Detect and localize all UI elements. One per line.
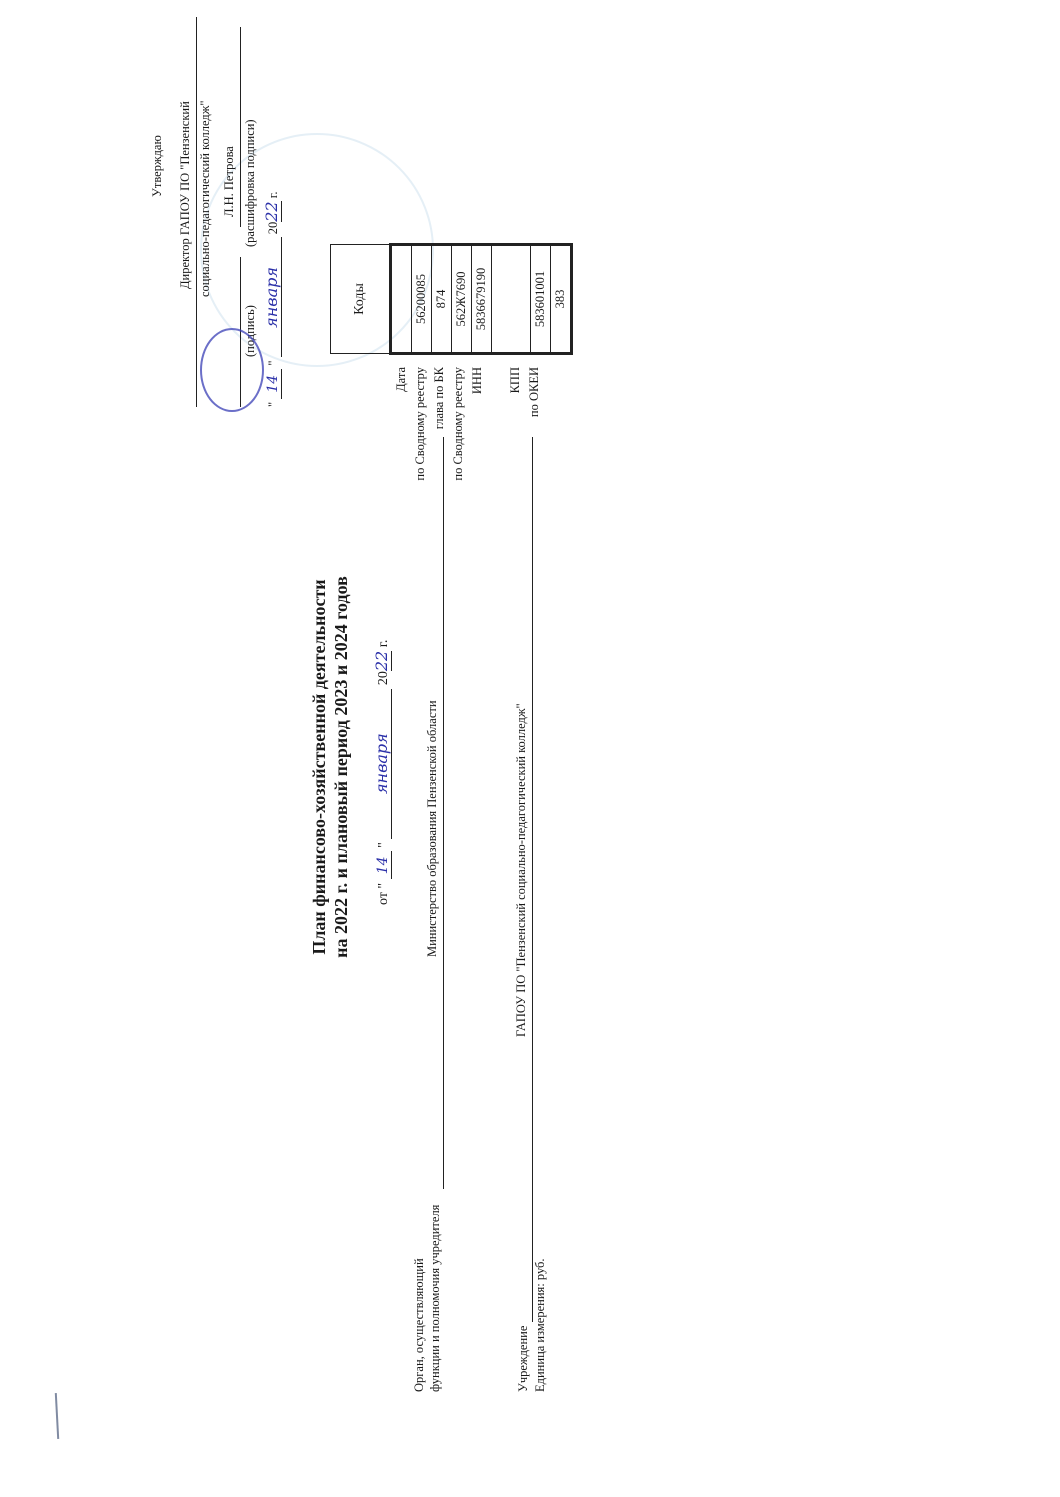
document-page: Утверждаю Директор ГАПОУ ПО "Пензенский …	[0, 0, 1060, 1497]
codes-labels: Дата по Сводному реестру глава по БК по …	[392, 367, 544, 547]
position-underline	[196, 17, 197, 407]
founder-label-line1: Орган, осуществляющий	[412, 1258, 427, 1392]
code-inn: 5836679190	[472, 245, 492, 354]
name-caption: (расшифровка подписи)	[243, 119, 258, 247]
founder-value: Министерство образования Пензенской обла…	[425, 700, 440, 957]
approval-position-line1: Директор ГАПОУ ПО "Пензенский	[178, 101, 193, 289]
code-okei: 383	[551, 245, 572, 354]
document-title: План финансово-хозяйственной деятельност…	[308, 557, 352, 977]
institution-label: Учреждение	[516, 1326, 531, 1392]
title-line1: План финансово-хозяйственной деятельност…	[308, 557, 330, 977]
approval-date-year: 22	[262, 201, 282, 221]
founder-underline	[443, 437, 444, 1189]
title-date-month: января	[372, 689, 392, 839]
title-date-day: 14	[375, 851, 392, 879]
approval-position-line2: социально-педагогический колледж"	[198, 101, 213, 298]
approval-date-day: 14	[265, 369, 282, 399]
codes-table: Коды 56200085 874 562Ж7690 5836679190 58…	[330, 243, 573, 355]
institution-value: ГАПОУ ПО "Пензенский социально-педагогич…	[514, 703, 529, 1037]
founder-label-line2: функции и полномочия учредителя	[428, 1205, 443, 1392]
approval-date-month: января	[262, 237, 282, 357]
signature-ink	[200, 328, 264, 412]
title-line2: на 2022 г. и плановый период 2023 и 2024…	[330, 557, 352, 977]
title-date-year: 22	[372, 651, 392, 671]
signatory-name: Л.Н. Петрова	[222, 146, 237, 217]
code-blank	[492, 245, 531, 354]
institution-underline	[532, 437, 533, 1322]
unit-label: Единица измерения: руб.	[533, 1258, 548, 1392]
code-registry-2: 562Ж7690	[452, 245, 472, 354]
scan-mark	[55, 1393, 59, 1439]
approval-date: " 14 " января 2022 г.	[262, 191, 282, 407]
code-registry: 56200085	[412, 245, 432, 354]
name-line	[240, 27, 241, 227]
title-date: от " 14 " января 2022 г.	[372, 640, 392, 905]
code-kpp: 583601001	[531, 245, 551, 354]
code-bk-chapter: 874	[432, 245, 452, 354]
code-date	[391, 245, 412, 354]
codes-header: Коды	[331, 245, 391, 354]
approval-heading: Утверждаю	[150, 135, 165, 197]
